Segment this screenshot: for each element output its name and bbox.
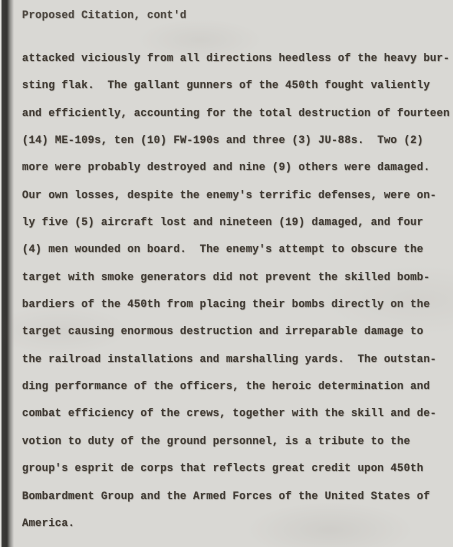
body-line: the railroad installations and marshalli… [22, 347, 449, 374]
body-line: target causing enormous destruction and … [22, 319, 449, 346]
document-header: Proposed Citation, cont'd [22, 9, 186, 23]
body-line: Our own losses, despite the enemy's terr… [22, 183, 449, 210]
document-body: attacked viciously from all directions h… [22, 46, 449, 538]
body-line: ly five (5) aircraft lost and nineteen (… [22, 210, 449, 237]
scan-edge-shadow [0, 0, 14, 547]
body-line: sting flak. The gallant gunners of the 4… [22, 73, 449, 100]
body-line: votion to duty of the ground personnel, … [22, 429, 449, 456]
body-line: (14) ME-109s, ten (10) FW-190s and three… [22, 128, 449, 155]
body-line: Bombardment Group and the Armed Forces o… [22, 484, 449, 511]
body-line: bardiers of the 450th from placing their… [22, 292, 449, 319]
body-line: and efficiently, accounting for the tota… [22, 101, 449, 128]
body-line: group's esprit de corps that reflects gr… [22, 456, 449, 483]
body-line: (4) men wounded on board. The enemy's at… [22, 237, 449, 264]
body-line: combat efficiency of the crews, together… [22, 401, 449, 428]
body-line: America. [22, 511, 449, 538]
body-line: ding performance of the officers, the he… [22, 374, 449, 401]
body-line: attacked viciously from all directions h… [22, 46, 449, 73]
document-page: Proposed Citation, cont'd attacked vicio… [0, 0, 453, 547]
body-line: target with smoke generators did not pre… [22, 265, 449, 292]
body-line: more were probably destroyed and nine (9… [22, 155, 449, 182]
